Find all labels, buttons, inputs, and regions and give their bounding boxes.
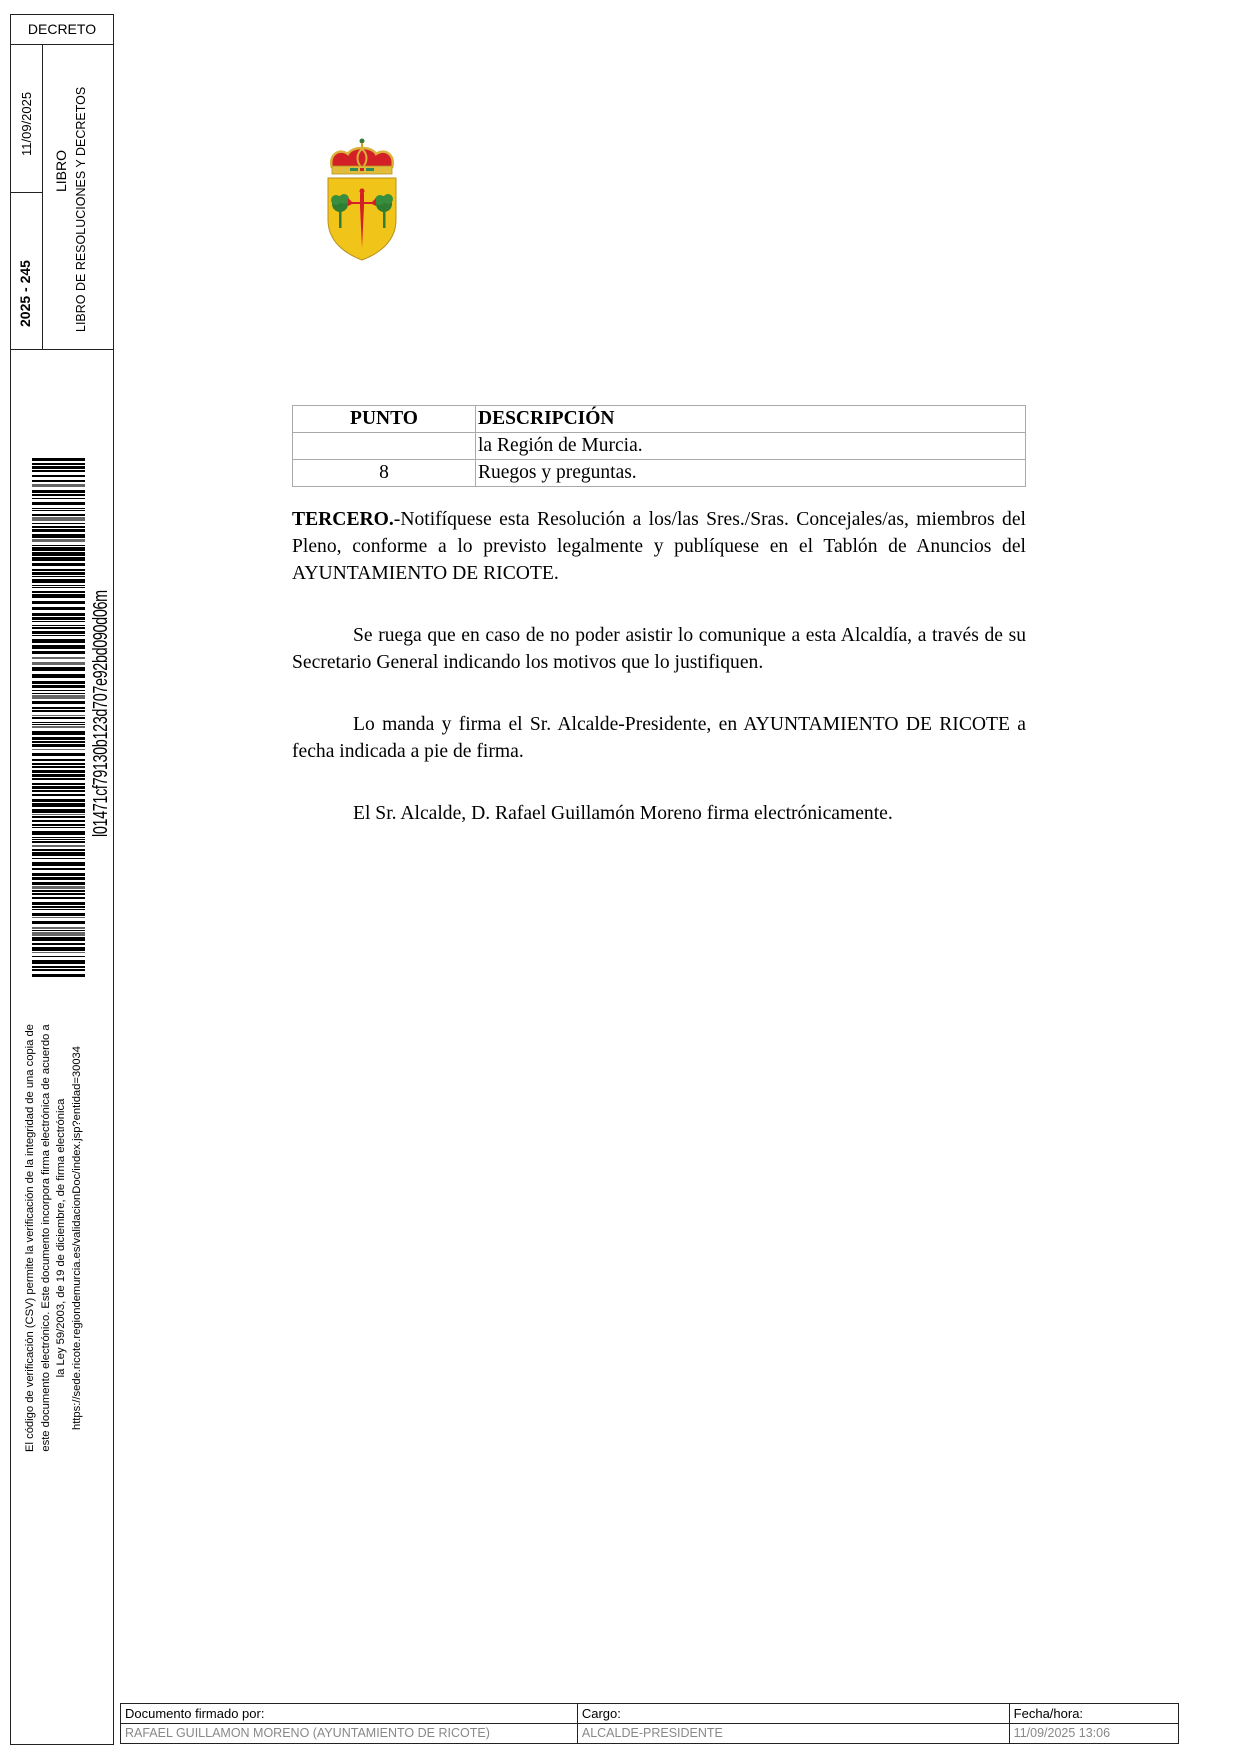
signed-by-label: Documento firmado por: — [121, 1704, 578, 1724]
coat-of-arms-icon — [322, 136, 402, 262]
cell-descripcion: Ruegos y preguntas. — [476, 460, 1026, 487]
paragraph-manda: Lo manda y firma el Sr. Alcalde-Presiden… — [292, 711, 1026, 765]
signature-label-row: Documento firmado por: Cargo: Fecha/hora… — [121, 1704, 1179, 1724]
datetime-label: Fecha/hora: — [1009, 1704, 1178, 1724]
legal-line: la Ley 59/2003, de 19 de diciembre, de f… — [54, 993, 70, 1483]
stamp-left-column: 11/09/2025 2025 - 245 — [11, 44, 43, 349]
signature-value-row: RAFAEL GUILLAMON MORENO (AYUNTAMIENTO DE… — [121, 1724, 1179, 1744]
cell-punto — [293, 433, 476, 460]
stamp-title: DECRETO — [11, 15, 113, 45]
table-row: 8 Ruegos y preguntas. — [293, 460, 1026, 487]
csv-code: l01471cf79130b123d707e92bd090d06m — [90, 590, 113, 837]
stamp-number: 2025 - 245 — [17, 260, 33, 327]
datetime-value: 11/09/2025 13:06 — [1009, 1724, 1178, 1744]
position-label: Cargo: — [577, 1704, 1009, 1724]
signature-table: Documento firmado por: Cargo: Fecha/hora… — [120, 1703, 1179, 1744]
stamp-book-name: LIBRO DE RESOLUCIONES Y DECRETOS — [74, 87, 88, 332]
legal-line: este documento electrónico. Este documen… — [39, 993, 55, 1483]
stamp-divider — [11, 349, 113, 350]
tercero-label: TERCERO. — [292, 509, 394, 530]
agenda-table: PUNTO DESCRIPCIÓN la Región de Murcia. 8… — [292, 405, 1026, 487]
barcode — [32, 458, 85, 977]
signed-by-value: RAFAEL GUILLAMON MORENO (AYUNTAMIENTO DE… — [121, 1724, 578, 1744]
agenda-header-row: PUNTO DESCRIPCIÓN — [293, 406, 1026, 433]
tercero-text: -Notifíquese esta Resolución a los/las S… — [292, 509, 1026, 584]
header-descripcion: DESCRIPCIÓN — [476, 406, 1026, 433]
position-value: ALCALDE-PRESIDENTE — [577, 1724, 1009, 1744]
paragraph-ruega: Se ruega que en caso de no poder asistir… — [292, 622, 1026, 676]
cell-descripcion: la Región de Murcia. — [476, 433, 1026, 460]
document-stamp: DECRETO 11/09/2025 2025 - 245 LIBRO LIBR… — [10, 14, 114, 1745]
table-row: la Región de Murcia. — [293, 433, 1026, 460]
paragraph-tercero: TERCERO.-Notifíquese esta Resolución a l… — [292, 506, 1026, 587]
legal-notice: El código de verificación (CSV) permite … — [23, 993, 85, 1483]
stamp-date-cell: 11/09/2025 — [11, 44, 42, 193]
legal-line: https://sede.ricote.regiondemurcia.es/va… — [70, 993, 86, 1483]
header-punto: PUNTO — [293, 406, 476, 433]
cell-punto: 8 — [293, 460, 476, 487]
legal-line: El código de verificación (CSV) permite … — [23, 993, 39, 1483]
stamp-right-column: LIBRO LIBRO DE RESOLUCIONES Y DECRETOS — [43, 44, 113, 349]
stamp-book-label: LIBRO — [53, 150, 69, 192]
paragraph-firma: El Sr. Alcalde, D. Rafael Guillamón More… — [292, 800, 1026, 827]
stamp-date: 11/09/2025 — [19, 92, 34, 156]
